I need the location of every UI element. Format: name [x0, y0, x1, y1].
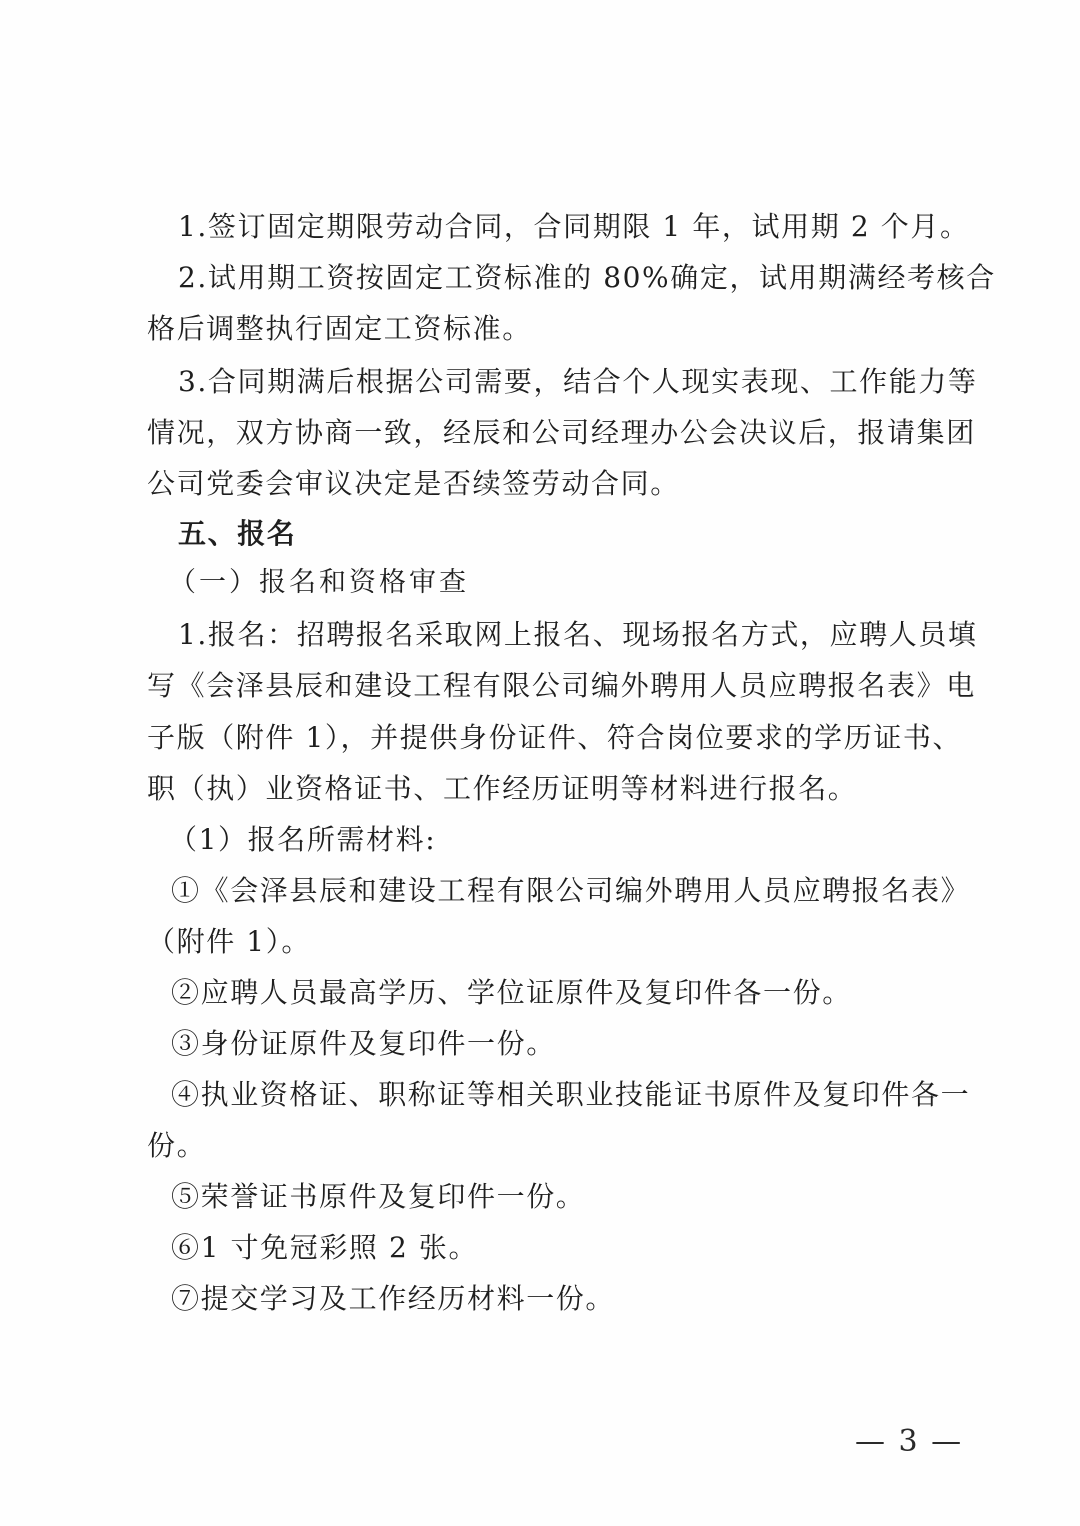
- material-item-4-line-1: ④执业资格证、职称证等相关职业技能证书原件及复印件各一: [171, 1075, 970, 1115]
- materials-heading: （1）报名所需材料:: [169, 820, 436, 860]
- material-item-1-line-2: （附件 1）。: [147, 922, 311, 962]
- paragraph-contract-renewal-line-1: 3.合同期满后根据公司需要，结合个人现实表现、工作能力等: [178, 362, 978, 402]
- registration-line-4: 职（执）业资格证书、工作经历证明等材料进行报名。: [147, 769, 857, 809]
- material-item-5: ⑤荣誉证书原件及复印件一份。: [171, 1177, 585, 1217]
- page-number: — 3 —: [855, 1424, 963, 1460]
- material-item-6: ⑥1 寸免冠彩照 2 张。: [171, 1228, 478, 1268]
- registration-line-2: 写《会泽县辰和建设工程有限公司编外聘用人员应聘报名表》电: [147, 666, 976, 706]
- section-heading: 五、报名: [178, 514, 296, 554]
- paragraph-probation-salary-line-1: 2.试用期工资按固定工资标准的 80%确定，试用期满经考核合: [178, 258, 996, 298]
- material-item-7: ⑦提交学习及工作经历材料一份。: [171, 1279, 615, 1319]
- material-item-4-line-2: 份。: [147, 1126, 206, 1166]
- subsection-heading: （一）报名和资格审查: [169, 563, 469, 603]
- material-item-3: ③身份证原件及复印件一份。: [171, 1024, 556, 1064]
- registration-line-3: 子版（附件 1），并提供身份证件、符合岗位要求的学历证书、: [147, 718, 962, 758]
- paragraph-contract-renewal-line-2: 情况，双方协商一致，经辰和公司经理办公会决议后，报请集团: [147, 413, 976, 453]
- paragraph-contract-renewal-line-3: 公司党委会审议决定是否续签劳动合同。: [147, 464, 680, 504]
- registration-line-1: 1.报名：招聘报名采取网上报名、现场报名方式，应聘人员填: [178, 615, 978, 655]
- material-item-1-line-1: ①《会泽县辰和建设工程有限公司编外聘用人员应聘报名表》: [171, 871, 970, 911]
- paragraph-probation-salary-line-2: 格后调整执行固定工资标准。: [147, 309, 532, 349]
- document-page: 1.签订固定期限劳动合同，合同期限 1 年，试用期 2 个月。 2.试用期工资按…: [0, 0, 1080, 1526]
- paragraph-contract-term-line-1: 1.签订固定期限劳动合同，合同期限 1 年，试用期 2 个月。: [178, 207, 970, 247]
- material-item-2: ②应聘人员最高学历、学位证原件及复印件各一份。: [171, 973, 852, 1013]
